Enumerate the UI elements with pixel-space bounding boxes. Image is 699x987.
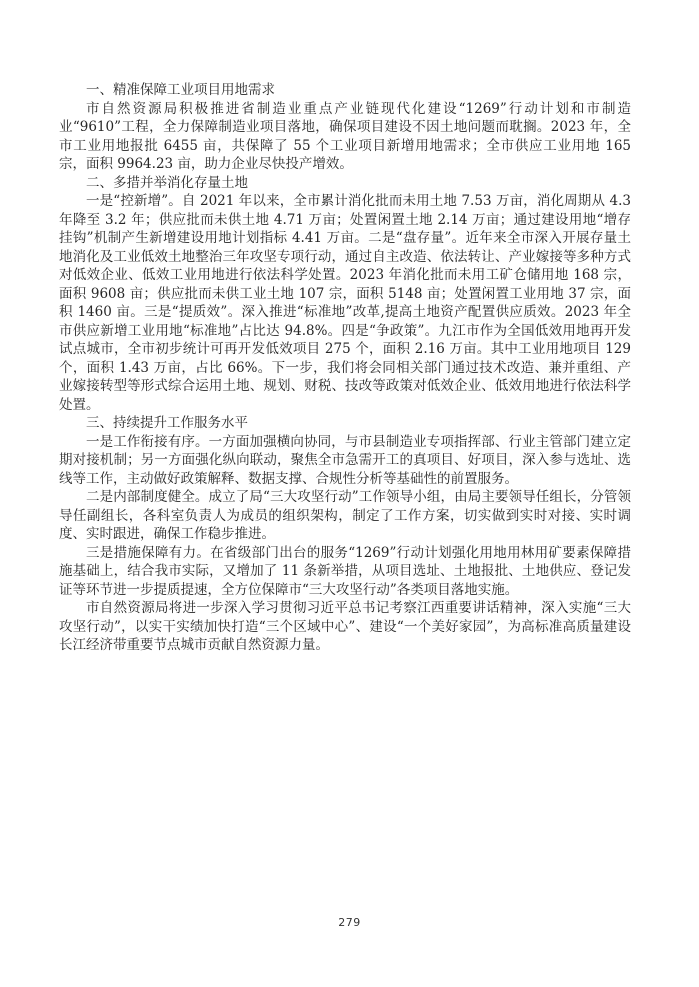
page-number: 279 bbox=[0, 916, 699, 929]
section-heading-2: 二、多措并举消化存量土地 bbox=[59, 174, 631, 193]
section-heading-3: 三、持续提升工作服务水平 bbox=[59, 414, 631, 433]
paragraph-work-coordination: 一是工作衔接有序。一方面加强横向协同，与市县制造业专项指挥部、行业主管部门建立定… bbox=[59, 433, 631, 489]
paragraph-industrial-land-supply: 市自然资源局积极推进省制造业重点产业链现代化建设“1269”行动计划和市制造业“… bbox=[59, 100, 631, 174]
document-body: 一、精准保障工业项目用地需求 市自然资源局积极推进省制造业重点产业链现代化建设“… bbox=[59, 81, 631, 655]
paragraph-internal-system: 二是内部制度健全。成立了局“三大攻坚行动”工作领导小组，由局主要领导任组长，分管… bbox=[59, 488, 631, 544]
document-page: 一、精准保障工业项目用地需求 市自然资源局积极推进省制造业重点产业链现代化建设“… bbox=[0, 0, 699, 987]
paragraph-stock-land-measures: 一是“控新增”。自 2021 年以来，全市累计消化批而未用土地 7.53 万亩，… bbox=[59, 192, 631, 414]
paragraph-closing-statement: 市自然资源局将进一步深入学习贯彻习近平总书记考察江西重要讲话精神，深入实施“三大… bbox=[59, 599, 631, 655]
paragraph-safeguard-measures: 三是措施保障有力。在省级部门出台的服务“1269”行动计划强化用地用林用矿要素保… bbox=[59, 544, 631, 600]
section-heading-1: 一、精准保障工业项目用地需求 bbox=[59, 81, 631, 100]
